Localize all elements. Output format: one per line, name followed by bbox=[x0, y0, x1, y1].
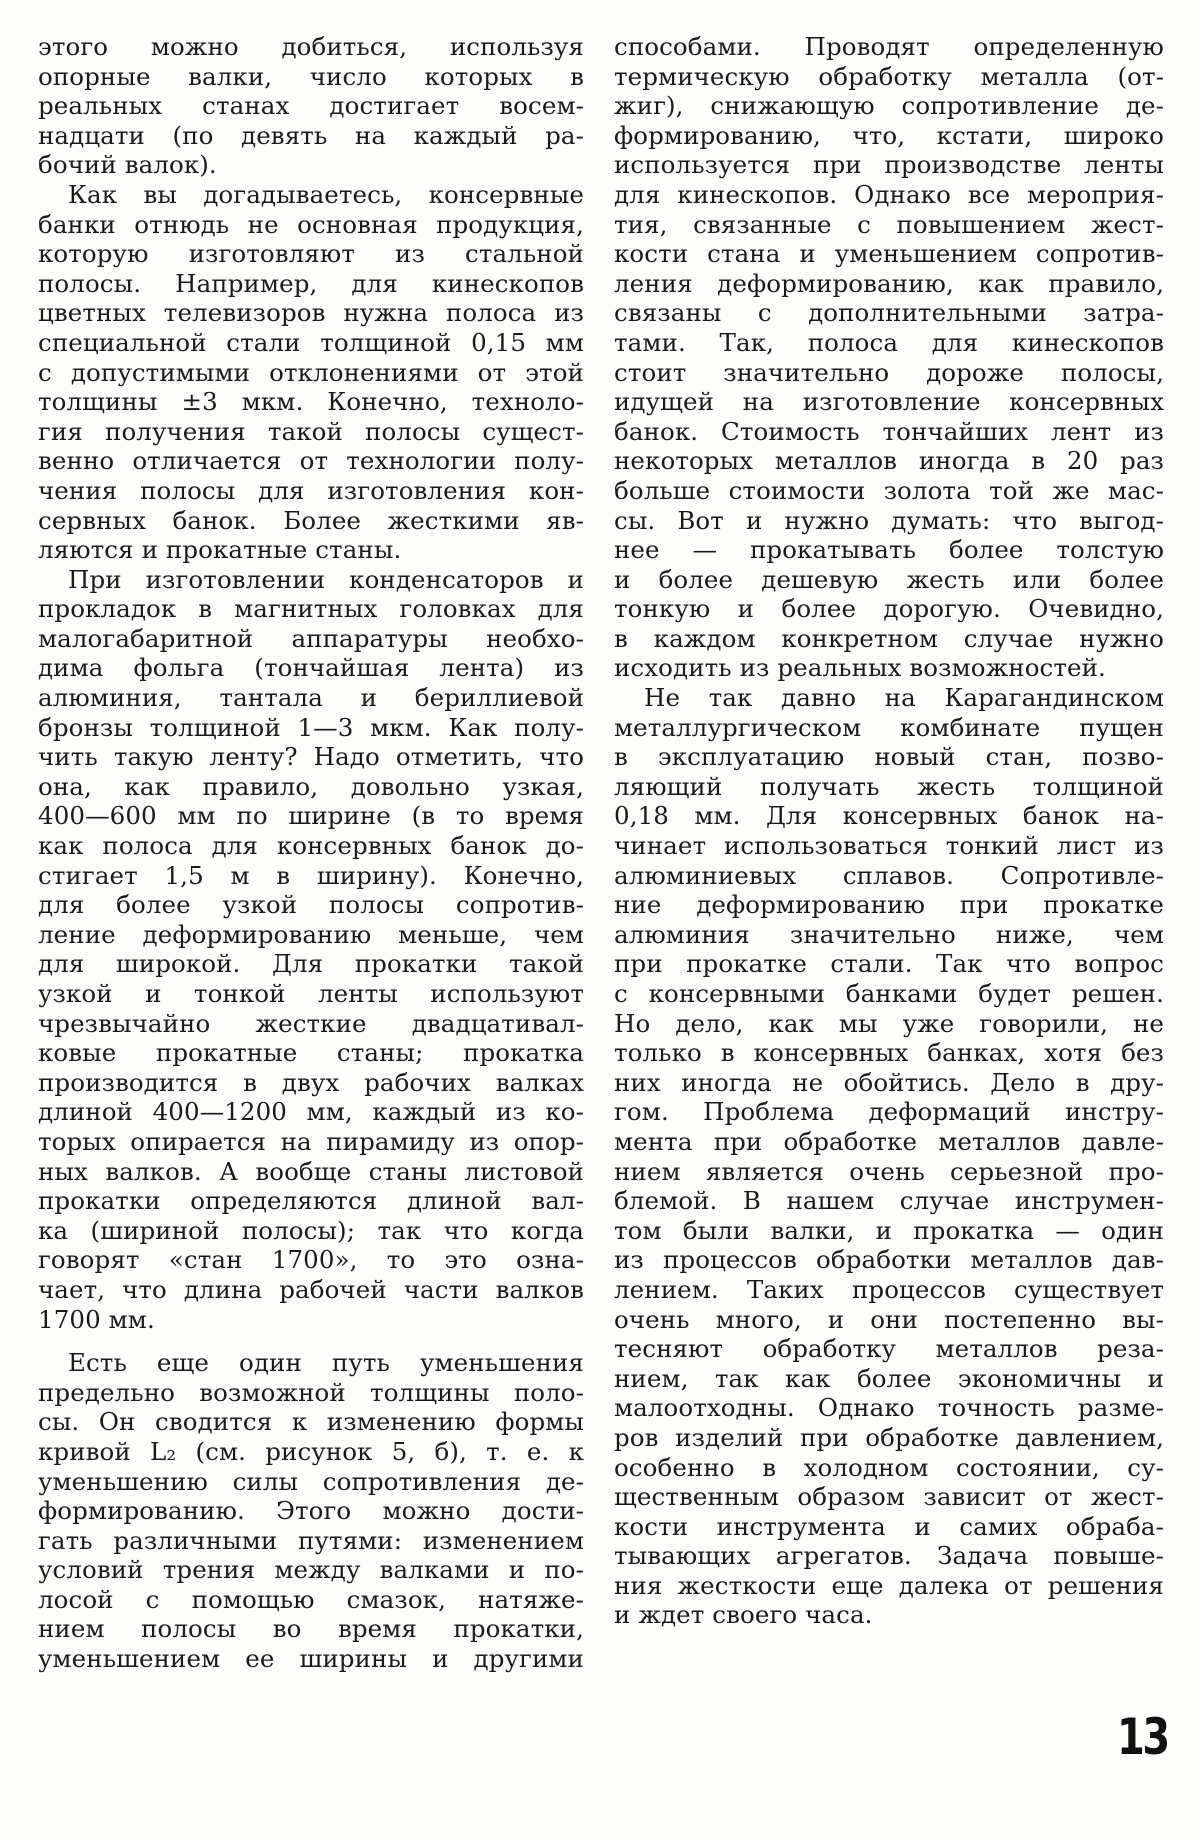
text-line: тия, связанные с повышением жест- bbox=[614, 210, 1164, 240]
text-line: формированию. Этого можно дости- bbox=[38, 1496, 584, 1526]
text-line: чения полосы для изготовления кон- bbox=[38, 476, 584, 506]
text-line: формированию, что, кстати, широко bbox=[614, 121, 1164, 151]
text-line: уменьшением ее ширины и другими bbox=[38, 1644, 584, 1674]
text-line: больше стоимости золота той же мас- bbox=[614, 476, 1164, 506]
book-page: этого можно добиться, используяопорные в… bbox=[0, 0, 1200, 1838]
text-line: для кинескопов. Однако все мероприя- bbox=[614, 180, 1164, 210]
text-line: малогабаритной аппаратуры необхо- bbox=[38, 624, 584, 654]
text-line: уменьшению силы сопротивления де- bbox=[38, 1467, 584, 1497]
text-line: малоотходны. Однако точность разме- bbox=[614, 1393, 1164, 1423]
text-line: лением. Таких процессов существует bbox=[614, 1275, 1164, 1305]
text-line: надцати (по девять на каждый ра- bbox=[38, 121, 584, 151]
text-line: 400—600 мм по ширине (в то время bbox=[38, 801, 584, 831]
text-line: кривой L₂ (см. рисунок 5, б), т. е. к bbox=[38, 1437, 584, 1467]
text-line: сервных банок. Более жесткими яв- bbox=[38, 506, 584, 536]
text-line: 0,18 мм. Для консервных банок на- bbox=[614, 801, 1164, 831]
text-line: узкой и тонкой ленты используют bbox=[38, 979, 584, 1009]
text-line: Как вы догадываетесь, консервные bbox=[38, 180, 584, 210]
text-line: венно отличается от технологии полу- bbox=[38, 446, 584, 476]
text-line: и ждет своего часа. bbox=[614, 1600, 1164, 1630]
text-line: при прокатке стали. Так что вопрос bbox=[614, 949, 1164, 979]
text-line: связаны с дополнительными затра- bbox=[614, 298, 1164, 328]
text-line: опорные валки, число которых в bbox=[38, 62, 584, 92]
text-line: тами. Так, полоса для кинескопов bbox=[614, 328, 1164, 358]
text-line: торых опирается на пирамиду из опор- bbox=[38, 1127, 584, 1157]
text-line: для более узкой полосы сопротив- bbox=[38, 890, 584, 920]
text-line: Не так давно на Карагандинском bbox=[614, 683, 1164, 713]
text-line: нием полосы во время прокатки, bbox=[38, 1614, 584, 1644]
text-line: только в консервных банках, хотя без bbox=[614, 1038, 1164, 1068]
page-number: 13 bbox=[1117, 1708, 1168, 1766]
text-line: особенно в холодном состоянии, су- bbox=[614, 1453, 1164, 1483]
text-line: она, как правило, довольно узкая, bbox=[38, 772, 584, 802]
text-line: очень много, и они постепенно вы- bbox=[614, 1305, 1164, 1335]
text-line: в эксплуатацию новый стан, позво- bbox=[614, 742, 1164, 772]
text-line: чинает использоваться тонкий лист из bbox=[614, 831, 1164, 861]
text-line: производится в двух рабочих валках bbox=[38, 1068, 584, 1098]
text-line: тесняют обработку металлов реза- bbox=[614, 1334, 1164, 1364]
text-line: способами. Проводят определенную bbox=[614, 32, 1164, 62]
left-text-column: этого можно добиться, используяопорные в… bbox=[38, 32, 584, 1674]
text-line: бронзы толщиной 1—3 мкм. Как полу- bbox=[38, 713, 584, 743]
text-line: ляются и прокатные станы. bbox=[38, 535, 584, 565]
text-line: жиг), снижающую сопротивление де- bbox=[614, 91, 1164, 121]
text-line: нием, так как более экономичны и bbox=[614, 1364, 1164, 1394]
text-line: чить такую ленту? Надо отметить, что bbox=[38, 742, 584, 772]
text-line: и более дешевую жесть или более bbox=[614, 565, 1164, 595]
text-line: нием является очень серьезной про- bbox=[614, 1157, 1164, 1187]
text-line: ния жесткости еще далека от решения bbox=[614, 1571, 1164, 1601]
text-line: алюминиевых сплавов. Сопротивле- bbox=[614, 861, 1164, 891]
text-line: для широкой. Для прокатки такой bbox=[38, 949, 584, 979]
text-line: ров изделий при обработке давлением, bbox=[614, 1423, 1164, 1453]
text-line: предельно возможной толщины поло- bbox=[38, 1378, 584, 1408]
text-line: Но дело, как мы уже говорили, не bbox=[614, 1009, 1164, 1039]
text-line: сы. Вот и нужно думать: что выгод- bbox=[614, 506, 1164, 536]
text-line: ление деформированию меньше, чем bbox=[38, 920, 584, 950]
text-line: некоторых металлов иногда в 20 раз bbox=[614, 446, 1164, 476]
text-line: чрезвычайно жесткие двадцативал- bbox=[38, 1009, 584, 1039]
text-line: прокатки определяются длиной вал- bbox=[38, 1186, 584, 1216]
text-line: сы. Он сводится к изменению формы bbox=[38, 1407, 584, 1437]
text-line: этого можно добиться, используя bbox=[38, 32, 584, 62]
text-line: гом. Проблема деформаций инстру- bbox=[614, 1097, 1164, 1127]
text-line: Есть еще один путь уменьшения bbox=[38, 1348, 584, 1378]
text-line: как полоса для консервных банок до- bbox=[38, 831, 584, 861]
text-line: используется при производстве ленты bbox=[614, 150, 1164, 180]
text-line: нее — прокатывать более толстую bbox=[614, 535, 1164, 565]
text-line: гать различными путями: изменением bbox=[38, 1526, 584, 1556]
text-line: алюминия, тантала и бериллиевой bbox=[38, 683, 584, 713]
text-line: банки отнюдь не основная продукция, bbox=[38, 210, 584, 240]
text-line: стигает 1,5 м в ширину). Конечно, bbox=[38, 861, 584, 891]
text-line: банок. Стоимость тончайших лент из bbox=[614, 417, 1164, 447]
text-line: чает, что длина рабочей части валков bbox=[38, 1275, 584, 1305]
paragraph-gap bbox=[38, 1334, 584, 1348]
text-line: полосы. Например, для кинескопов bbox=[38, 269, 584, 299]
text-line: говорят «стан 1700», то это озна- bbox=[38, 1245, 584, 1275]
text-line: тывающих агрегатов. Задача повыше- bbox=[614, 1541, 1164, 1571]
text-line: них иногда не обойтись. Дело в дру- bbox=[614, 1068, 1164, 1098]
text-line: ления деформированию, как правило, bbox=[614, 269, 1164, 299]
text-line: лосой с помощью смазок, натяже- bbox=[38, 1585, 584, 1615]
text-line: алюминия значительно ниже, чем bbox=[614, 920, 1164, 950]
text-line: гия получения такой полосы сущест- bbox=[38, 417, 584, 447]
text-line: ляющий получать жесть толщиной bbox=[614, 772, 1164, 802]
text-line: ние деформированию при прокатке bbox=[614, 890, 1164, 920]
text-line: которую изготовляют из стальной bbox=[38, 239, 584, 269]
text-line: том были валки, и прокатка — один bbox=[614, 1216, 1164, 1246]
text-line: реальных станах достигает восем- bbox=[38, 91, 584, 121]
text-line: кости инструмента и самих обраба- bbox=[614, 1512, 1164, 1542]
text-line: из процессов обработки металлов дав- bbox=[614, 1245, 1164, 1275]
text-line: идущей на изготовление консервных bbox=[614, 387, 1164, 417]
text-line: ка (шириной полосы); так что когда bbox=[38, 1216, 584, 1246]
text-line: исходить из реальных возможностей. bbox=[614, 653, 1164, 683]
text-line: 1700 мм. bbox=[38, 1305, 584, 1335]
text-line: мента при обработке металлов давле- bbox=[614, 1127, 1164, 1157]
text-line: цветных телевизоров нужна полоса из bbox=[38, 298, 584, 328]
text-line: кости стана и уменьшением сопротив- bbox=[614, 239, 1164, 269]
text-line: с допустимыми отклонениями от этой bbox=[38, 358, 584, 388]
text-line: специальной стали толщиной 0,15 мм bbox=[38, 328, 584, 358]
text-line: блемой. В нашем случае инструмен- bbox=[614, 1186, 1164, 1216]
text-line: ных валков. А вообще станы листовой bbox=[38, 1157, 584, 1187]
text-line: При изготовлении конденсаторов и bbox=[38, 565, 584, 595]
text-line: дима фольга (тончайшая лента) из bbox=[38, 653, 584, 683]
text-line: металлургическом комбинате пущен bbox=[614, 713, 1164, 743]
text-line: длиной 400—1200 мм, каждый из ко- bbox=[38, 1097, 584, 1127]
text-line: толщины ±3 мкм. Конечно, техноло- bbox=[38, 387, 584, 417]
text-line: бочий валок). bbox=[38, 150, 584, 180]
text-line: прокладок в магнитных головках для bbox=[38, 594, 584, 624]
text-line: термическую обработку металла (от- bbox=[614, 62, 1164, 92]
text-line: в каждом конкретном случае нужно bbox=[614, 624, 1164, 654]
right-text-column: способами. Проводят определеннуютермичес… bbox=[614, 32, 1164, 1630]
text-line: ковые прокатные станы; прокатка bbox=[38, 1038, 584, 1068]
text-line: условий трения между валками и по- bbox=[38, 1555, 584, 1585]
text-line: тонкую и более дорогую. Очевидно, bbox=[614, 594, 1164, 624]
text-line: с консервными банками будет решен. bbox=[614, 979, 1164, 1009]
text-line: стоит значительно дороже полосы, bbox=[614, 358, 1164, 388]
text-line: щественным образом зависит от жест- bbox=[614, 1482, 1164, 1512]
